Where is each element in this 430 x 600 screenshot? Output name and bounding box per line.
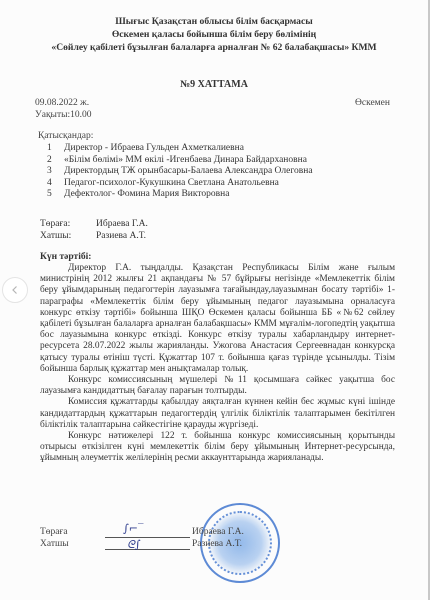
document-page: Шығыс Қазақстан облысы білім басқармасы … <box>0 0 428 600</box>
participant-number: 3 <box>47 166 64 178</box>
body-paragraph: Конкурс комиссиясының мүшелері №11 қосым… <box>40 375 395 397</box>
participant-text: Директордың ТЖ орынбасары-Балаева Алекса… <box>64 166 313 178</box>
signature-row: Хатшы ᘓ∫ Разиева А.Т. <box>40 538 244 550</box>
signature-block: Төраға ∫⌐‾ Ибраева Г.А. Хатшы ᘓ∫ Разиева… <box>40 526 244 550</box>
role-label: Хатшы: <box>40 230 96 242</box>
header-line: Өскемен қаласы бойынша білім беру бөлімі… <box>0 28 428 41</box>
signature-row: Төраға ∫⌐‾ Ибраева Г.А. <box>40 526 244 538</box>
handwritten-signature: ∫⌐‾ <box>123 523 143 535</box>
document-time: Уақыты:10.00 <box>35 110 92 120</box>
participant-text: «Білім бөлімі» ММ өкілі -Игенбаева Динар… <box>64 155 307 167</box>
roles-block: Төраға:Ибраева Г.А. Хатшы:Разиева А.Т. <box>40 218 148 242</box>
signature-name: Разиева А.Т. <box>192 538 242 550</box>
participant-number: 1 <box>47 143 64 155</box>
document-header: Шығыс Қазақстан облысы білім басқармасы … <box>0 15 428 54</box>
participants-list: 1Директор - Ибраева Гульден Ахметкалиевн… <box>47 143 313 201</box>
participant-item: 3Директордың ТЖ орынбасары-Балаева Алекс… <box>47 166 313 178</box>
participant-item: 5Дефектолог- Фомина Мария Викторовна <box>47 189 313 201</box>
participant-text: Педагог-психолог-Кукушкина Светлана Анат… <box>64 178 279 190</box>
participant-number: 4 <box>47 178 64 190</box>
body-paragraph: Директор Г.А. тыңдалды. Қазақстан Респуб… <box>40 263 395 375</box>
signature-line: ᘓ∫ <box>105 549 190 550</box>
role-row: Хатшы:Разиева А.Т. <box>40 230 148 242</box>
signature-name: Ибраева Г.А. <box>192 526 244 538</box>
participant-item: 4Педагог-психолог-Кукушкина Светлана Ана… <box>47 178 313 190</box>
signature-line: ∫⌐‾ <box>105 537 190 538</box>
signature-label: Төраға <box>40 526 105 538</box>
document-date: 09.08.2022 ж. <box>35 98 89 108</box>
participant-item: 2«Білім бөлімі» ММ өкілі -Игенбаева Дина… <box>47 155 313 167</box>
document-city: Өскемен <box>355 98 390 108</box>
role-row: Төраға:Ибраева Г.А. <box>40 218 148 230</box>
participant-number: 5 <box>47 189 64 201</box>
chevron-left-icon <box>10 285 20 295</box>
document-body: Директор Г.А. тыңдалды. Қазақстан Респуб… <box>40 263 395 465</box>
header-line: Шығыс Қазақстан облысы білім басқармасы <box>0 15 428 28</box>
handwritten-signature: ᘓ∫ <box>127 539 140 551</box>
body-paragraph: Комиссия құжаттарды қабылдау аяқталған к… <box>40 397 395 431</box>
participant-number: 2 <box>47 155 64 167</box>
role-name: Ибраева Г.А. <box>96 218 148 230</box>
role-name: Разиева А.Т. <box>96 230 146 242</box>
body-paragraph: Конкурс нәтижелері 122 т. бойынша конкур… <box>40 431 395 465</box>
role-label: Төраға: <box>40 218 96 230</box>
participants-label: Қатысқандар: <box>38 131 93 141</box>
header-line: «Сөйлеу қабілеті бұзылған балаларға арна… <box>0 41 428 54</box>
signature-label: Хатшы <box>40 538 105 550</box>
agenda-title: Күн тәртібі: <box>40 252 91 262</box>
participant-item: 1Директор - Ибраева Гульден Ахметкалиевн… <box>47 143 313 155</box>
previous-image-button[interactable] <box>2 277 28 303</box>
participant-text: Дефектолог- Фомина Мария Викторовна <box>64 189 229 201</box>
document-title: №9 ХАТТАМА <box>0 79 428 90</box>
participant-text: Директор - Ибраева Гульден Ахметкалиевна <box>64 143 244 155</box>
